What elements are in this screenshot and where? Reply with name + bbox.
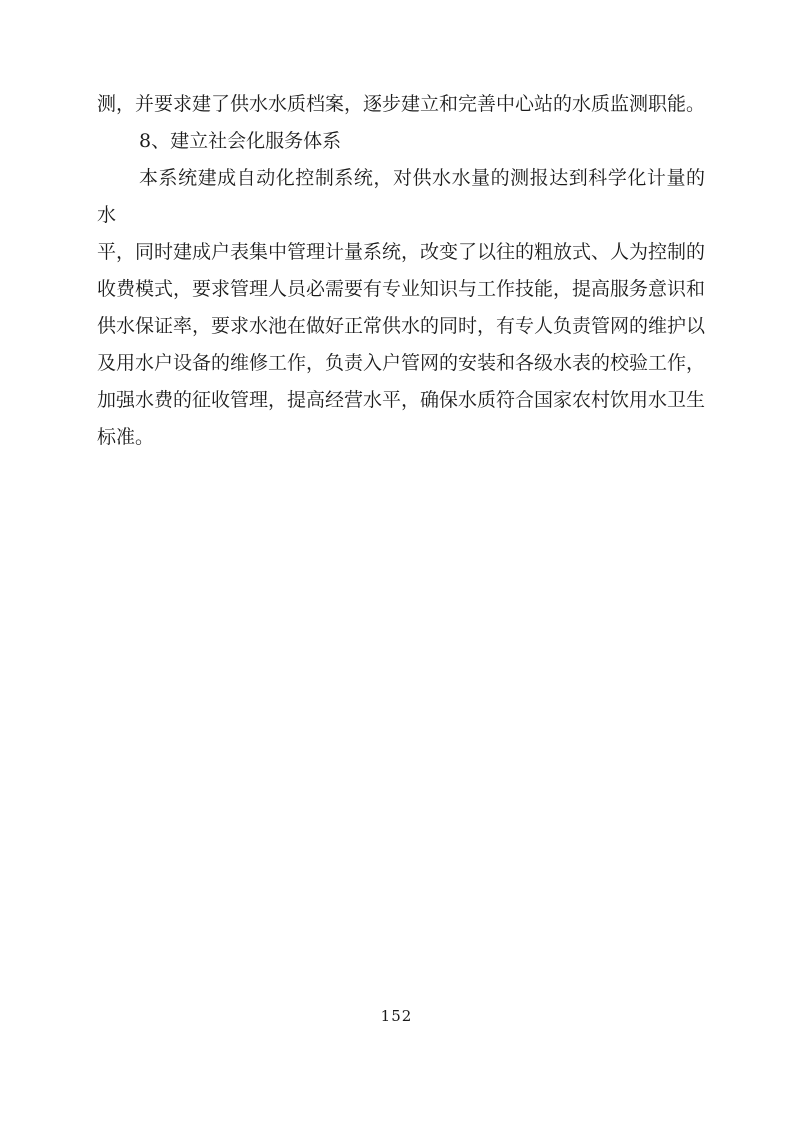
text-line: 收费模式，要求管理人员必需要有专业知识与工作技能，提高服务意识和 [97, 271, 705, 308]
page-number: 152 [381, 1007, 413, 1025]
text-line: 平，同时建成户表集中管理计量系统，改变了以往的粗放式、人为控制的 [97, 234, 705, 271]
text-line: 测，并要求建了供水水质档案，逐步建立和完善中心站的水质监测职能。 [97, 86, 705, 123]
text-line: 标准。 [97, 419, 705, 456]
page-footer: 152 [0, 1006, 793, 1025]
text-line: 本系统建成自动化控制系统，对供水水量的测报达到科学化计量的水 [97, 160, 705, 234]
text-line: 及用水户设备的维修工作，负责入户管网的安装和各级水表的校验工作， [97, 345, 705, 382]
text-line: 加强水费的征收管理，提高经营水平，确保水质符合国家农村饮用水卫生 [97, 382, 705, 419]
section-heading: 8、建立社会化服务体系 [97, 123, 705, 160]
body-text: 测，并要求建了供水水质档案，逐步建立和完善中心站的水质监测职能。 8、建立社会化… [97, 86, 705, 456]
text-line: 供水保证率，要求水池在做好正常供水的同时，有专人负责管网的维护以 [97, 308, 705, 345]
